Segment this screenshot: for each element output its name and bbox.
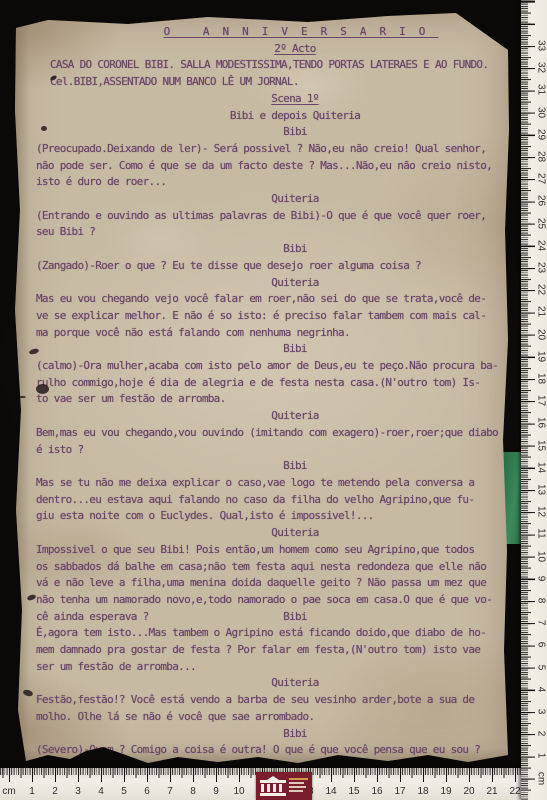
ruler-number: 16 — [371, 786, 382, 797]
ruler-number: 29 — [536, 127, 547, 141]
ruler-number: 30 — [536, 105, 547, 119]
archive-stamp — [256, 772, 312, 800]
dialogue-text: (Zangado)-Roer o que ? Eu te disse que d… — [36, 258, 506, 275]
ruler-number: 23 — [536, 261, 547, 275]
ink-spot — [36, 384, 49, 394]
character-name: Quiteria — [60, 275, 530, 292]
ruler-number: 7 — [167, 786, 173, 797]
ruler-number: 18 — [417, 786, 428, 797]
ruler-number: 11 — [536, 527, 547, 541]
dialogue-text: (Severo)-Quem ? Comigo a coisa é outra! … — [36, 742, 506, 759]
character-name: Quiteria — [60, 525, 530, 542]
character-name: Bibi — [283, 125, 307, 138]
dialogue-text: (Entrando e ouvindo as ultimas palavras … — [36, 208, 506, 241]
stamp-text-lines — [289, 778, 308, 794]
ruler-number: 3 — [536, 705, 547, 719]
ruler-number: 20 — [536, 327, 547, 341]
split-line: cê ainda esperava ?Bibi — [36, 609, 506, 626]
scene-heading: 2º Acto — [274, 42, 315, 55]
ruler-number: 5 — [121, 786, 127, 797]
ruler-number: 20 — [463, 786, 474, 797]
ruler-number: 2 — [536, 727, 547, 741]
ruler-number: 22 — [509, 786, 520, 797]
ruler-cm-ticks — [521, 0, 535, 800]
ruler-number: 4 — [536, 682, 547, 696]
ruler-number: 21 — [486, 786, 497, 797]
subtitle-line: Bibi e depois Quiteria — [60, 108, 530, 125]
ruler-number: 8 — [190, 786, 196, 797]
character-name: Quiteria — [60, 191, 530, 208]
dialogue-text: Bem,mas eu vou chegando,vou ouvindo (imi… — [36, 425, 506, 458]
character-name: Bibi — [283, 242, 307, 255]
ruler-number: 10 — [536, 549, 547, 563]
dialogue-text: cê ainda esperava ? — [36, 610, 149, 623]
ruler-number: 14 — [325, 786, 336, 797]
ruler-number: 6 — [144, 786, 150, 797]
ruler-number: 2 — [52, 786, 58, 797]
ruler-number: 16 — [536, 416, 547, 430]
ruler-number: 10 — [233, 786, 244, 797]
dialogue-text: Festão,festão!? Você está vendo a barba … — [36, 692, 506, 725]
ruler-number: 8 — [536, 594, 547, 608]
character-name: Quiteria — [271, 192, 318, 205]
ruler-number: 17 — [394, 786, 405, 797]
building-icon — [260, 776, 286, 796]
character-name: Quiteria — [271, 676, 318, 689]
scene-heading: O ANNIVERSARIO — [164, 25, 439, 38]
ruler-number: 18 — [536, 372, 547, 386]
character-name: Bibi — [283, 342, 307, 355]
character-name: Bibi — [283, 459, 307, 472]
ink-spot — [17, 396, 26, 398]
ruler-number: 19 — [536, 349, 547, 363]
character-name: Quiteria — [271, 409, 318, 422]
ruler-number: 25 — [536, 216, 547, 230]
character-name: Quiteria — [60, 675, 530, 692]
ruler-number: 13 — [536, 483, 547, 497]
ruler-number: 27 — [536, 172, 547, 186]
character-name: Quiteria — [60, 408, 530, 425]
character-name: Bibi — [60, 726, 530, 743]
ruler-number: 4 — [98, 786, 104, 797]
dialogue-text: Mas se tu não me deixa explicar o caso,v… — [36, 475, 506, 525]
ruler-number: cm — [2, 786, 15, 797]
ruler-number: 26 — [536, 194, 547, 208]
ruler-number: 9 — [213, 786, 219, 797]
ruler-number: 24 — [536, 238, 547, 252]
ruler-number: 12 — [536, 505, 547, 519]
character-name: Bibi — [60, 341, 530, 358]
ruler-number: 22 — [536, 283, 547, 297]
ruler-number: 15 — [536, 438, 547, 452]
document-page: O ANNIVERSARIO2º ActoCASA DO CORONEL BIB… — [8, 10, 512, 768]
script-body: O ANNIVERSARIO2º ActoCASA DO CORONEL BIB… — [8, 10, 512, 768]
stage-direction: CASA DO CORONEL BIBI. SALLA MODESTISSIMA… — [36, 57, 506, 90]
character-name: Bibi — [60, 241, 530, 258]
scene-heading: 2º Acto — [60, 41, 530, 58]
ruler-number: 31 — [536, 83, 547, 97]
character-name: Bibi — [60, 124, 530, 141]
ruler-number: 32 — [536, 61, 547, 75]
ruler-number: 21 — [536, 305, 547, 319]
ruler-number: 33 — [536, 39, 547, 53]
ruler-number: 14 — [536, 460, 547, 474]
ruler-number: 9 — [536, 571, 547, 585]
scene-heading: O ANNIVERSARIO — [66, 24, 536, 41]
character-name: Bibi — [283, 609, 307, 626]
ruler-number: 17 — [536, 394, 547, 408]
ruler-number: cm — [536, 771, 547, 785]
ruler-vertical: 3332313029282726252423222120191817161514… — [521, 0, 547, 800]
ruler-number: 28 — [536, 150, 547, 164]
dialogue-text: (Preocupado.Deixando de ler)- Será possi… — [36, 141, 506, 191]
dialogue-text: (calmo)-Ora mulher,acaba com isto pelo a… — [36, 358, 506, 408]
scan-background: O ANNIVERSARIO2º ActoCASA DO CORONEL BIB… — [0, 0, 547, 800]
character-name: Quiteria — [271, 526, 318, 539]
ruler-number: 6 — [536, 638, 547, 652]
dialogue-text: Impossivel o que seu Bibi! Pois então,um… — [36, 542, 506, 609]
ruler-number: 5 — [536, 660, 547, 674]
character-name: Quiteria — [271, 276, 318, 289]
ruler-number: 3 — [75, 786, 81, 797]
scene-heading: Scena 1º — [60, 91, 530, 108]
ruler-number: 1 — [29, 786, 35, 797]
dialogue-text: Mas eu vou chegando vejo você falar em r… — [36, 291, 506, 341]
character-name: Bibi — [283, 727, 307, 740]
ruler-number: 15 — [348, 786, 359, 797]
scene-heading: Scena 1º — [271, 92, 318, 105]
subtitle-line: Bibi e depois Quiteria — [230, 109, 360, 122]
character-name: Bibi — [60, 458, 530, 475]
ruler-number: 7 — [536, 616, 547, 630]
dialogue-text: É,agora tem isto...Mas tambem o Agripino… — [36, 625, 506, 675]
ruler-number: 19 — [440, 786, 451, 797]
ink-spot — [41, 126, 47, 131]
ruler-number: 1 — [536, 749, 547, 763]
